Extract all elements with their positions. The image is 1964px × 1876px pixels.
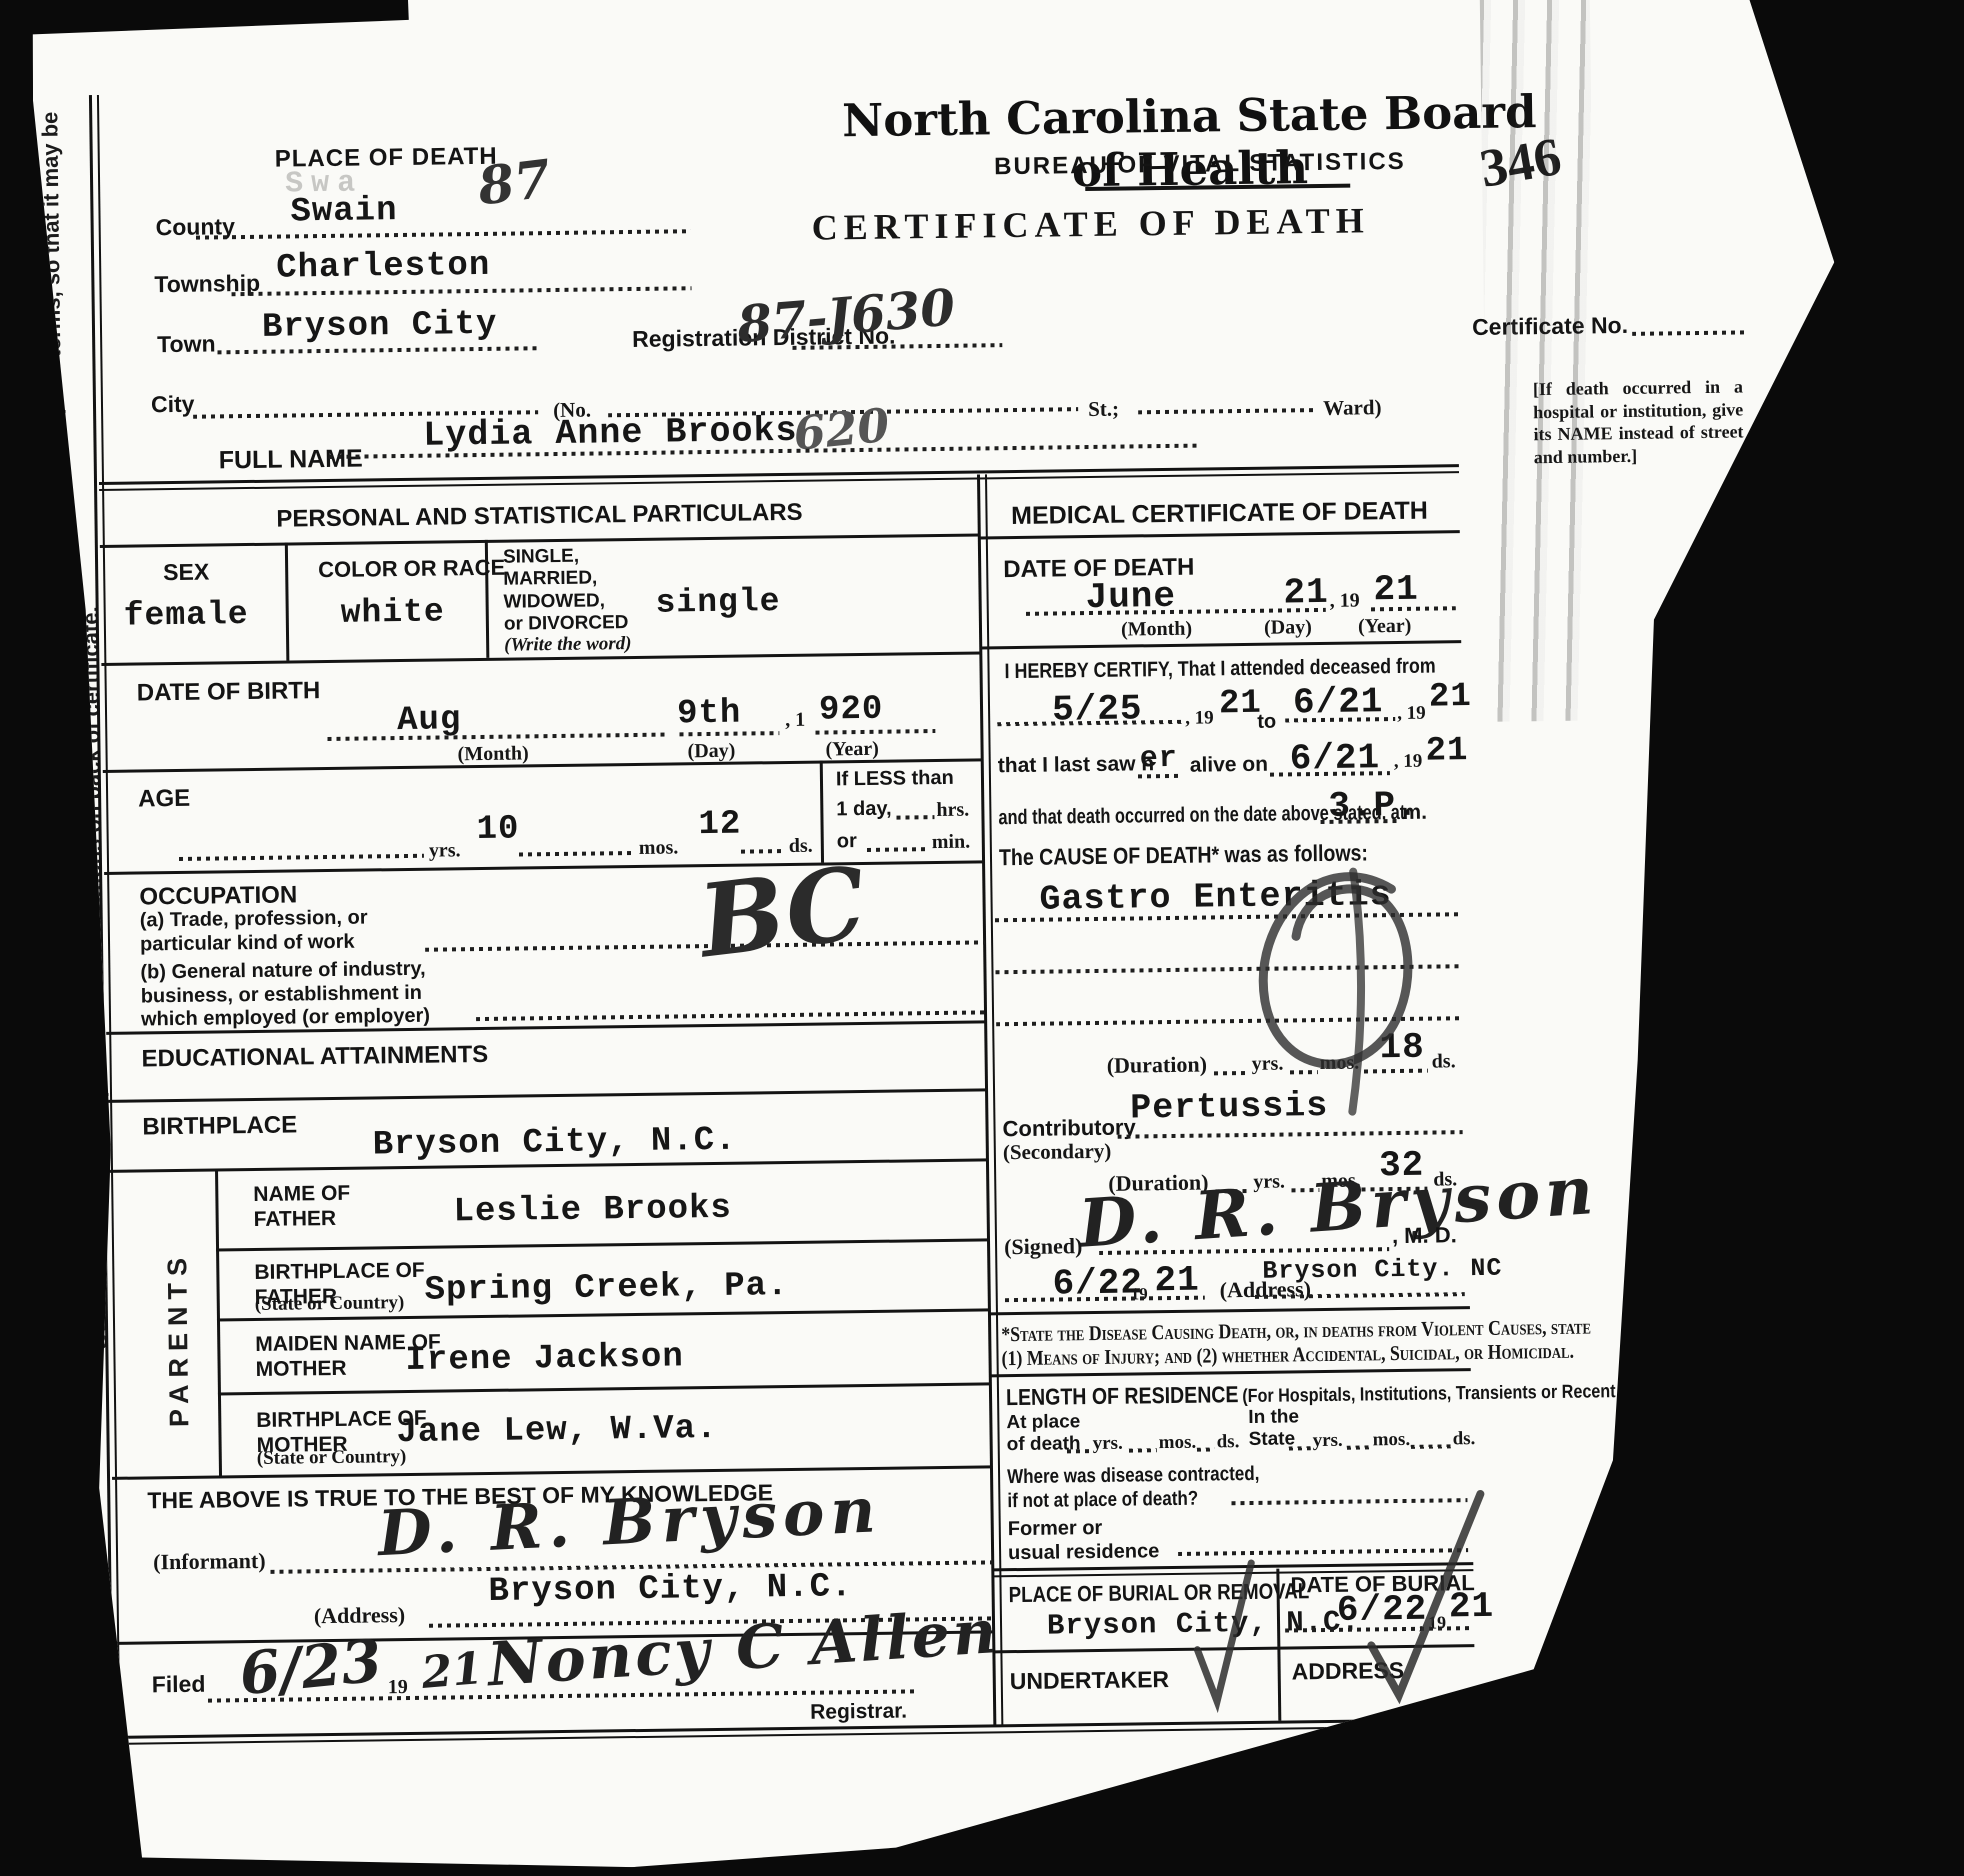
informant-address-value: Bryson City, N.C. (488, 1568, 852, 1611)
ward-fill-line (1138, 408, 1313, 414)
dob-label: DATE OF BIRTH (137, 677, 321, 707)
signed-label: (Signed) (1004, 1233, 1083, 1260)
burial-place-label: PLACE OF BURIAL OR REMOVAL (1008, 1578, 1309, 1608)
dob-month-caption: (Month) (457, 742, 528, 766)
cause-duration-yrs-label: yrs. (1252, 1053, 1284, 1076)
dob-day-value: 9th (677, 695, 742, 734)
in-state-label: In the State (1248, 1406, 1299, 1451)
county-value: Swain (290, 192, 398, 231)
bureau-subtitle: BUREAU OF VITAL STATISTICS (990, 148, 1410, 181)
father-birthplace-value: Spring Creek, Pa. (424, 1267, 788, 1310)
informant-address-label: (Address) (314, 1602, 406, 1629)
marital-label: SINGLE, MARRIED, WIDOWED, or DIVORCED (503, 545, 629, 636)
informant-label: (Informant) (153, 1548, 266, 1575)
md-label: , M. D. (1392, 1222, 1457, 1249)
street-st-label: St.; (1088, 397, 1119, 422)
marital-value: single (655, 583, 780, 622)
cause-duration-mos-label: mos. (1320, 1052, 1360, 1076)
res-mos-1: mos. (1159, 1432, 1197, 1454)
dod-month-caption: (Month) (1121, 618, 1192, 642)
contracted-label: Where was disease contracted, if not at … (1007, 1463, 1260, 1513)
registrar-label: Registrar. (810, 1700, 907, 1725)
form-left-border (89, 95, 121, 1739)
certify-text: I HEREBY CERTIFY, That I attended deceas… (1004, 654, 1435, 684)
occupation-b-line (476, 1010, 986, 1021)
age-hrs-line (896, 815, 934, 819)
res-line-1 (1067, 1449, 1091, 1453)
county-number-handwritten: 87 (475, 148, 554, 217)
org-title: North Carolina State Board of Health (829, 85, 1550, 200)
age-hrs-label: hrs. (936, 799, 969, 822)
race-label: COLOR OR RACE (318, 555, 505, 583)
last-saw-fill: er (1140, 742, 1178, 776)
cause-duration-ds-line (1364, 1069, 1428, 1074)
town-fill-line (217, 346, 537, 354)
attended-from-year: 21 (1219, 685, 1262, 724)
township-value: Charleston (276, 247, 491, 288)
cause-label: The CAUSE OF DEATH* was as follows: (999, 839, 1368, 871)
certificate-scan-paper: CAUSE OF DEATH in plain terms, so that i… (0, 0, 1964, 1876)
age-yrs-label: yrs. (429, 839, 461, 862)
ward-label: Ward) (1323, 395, 1382, 421)
former-residence-line (1178, 1548, 1468, 1556)
cause-duration-yrs-line (1214, 1071, 1250, 1075)
sex-label: SEX (163, 559, 209, 587)
cause-duration-mos-line (1290, 1070, 1318, 1074)
res-line-5 (1347, 1445, 1371, 1449)
city-label: City (151, 391, 195, 419)
burial-place-value: Bryson City, N.C. (1047, 1606, 1360, 1643)
dod-bottom-rule (981, 640, 1461, 649)
full-name-label: FULL NAME (219, 445, 363, 476)
occupation-a-label: (a) Trade, profession, or particular kin… (140, 906, 368, 956)
father-name-label: NAME OF FATHER (253, 1180, 404, 1232)
dod-day-caption: (Day) (1264, 616, 1312, 640)
certificate-title: CERTIFICATE OF DEATH (800, 199, 1381, 249)
residence-label: LENGTH OF RESIDENCE (1006, 1381, 1239, 1410)
education-label: EDUCATIONAL ATTAINMENTS (141, 1041, 488, 1074)
physician-signature: D. R. Bryson (1077, 1151, 1601, 1263)
signed-year-prefix: 19 (1131, 1284, 1148, 1304)
dob-day-caption: (Day) (687, 740, 735, 764)
contributory-line (1118, 1130, 1463, 1139)
certificate-no-fill-line (1632, 330, 1747, 336)
res-ds-1: ds. (1217, 1431, 1240, 1453)
father-birthplace-note: (State or Country) (255, 1292, 405, 1316)
mother-birthplace-value: Jane Lew, W.Va. (396, 1410, 718, 1452)
occupation-handwritten-mark: BC (693, 844, 872, 981)
occupation-b-label: (b) General nature of industry, business… (140, 958, 430, 1033)
filed-year-handwritten: 21 (420, 1643, 485, 1699)
res-line-3 (1197, 1447, 1215, 1451)
dob-year-caption: (Year) (825, 738, 879, 762)
attended-to-value: 6/21 (1293, 681, 1384, 723)
burial-year-value: 21 (1449, 1586, 1495, 1628)
cause-duration-ds-value: 18 (1379, 1027, 1425, 1069)
res-yrs-2: yrs. (1313, 1430, 1343, 1452)
cause-line-2 (995, 964, 1460, 974)
marital-note: (Write the word) (504, 633, 632, 657)
last-saw-year-prefix: , 19 (1394, 751, 1423, 773)
cause-line-3 (996, 1016, 1461, 1026)
registrar-signature: Noncy C Allen (486, 1597, 1002, 1700)
dob-year-prefix: , 1 (785, 709, 805, 732)
res-mos-2: mos. (1373, 1429, 1411, 1451)
mother-name-rule (218, 1382, 991, 1395)
dob-day-line (679, 731, 779, 736)
secondary-label: (Secondary) (1003, 1139, 1112, 1165)
race-value: white (341, 593, 446, 631)
column-divider (977, 474, 1003, 1726)
burial-date-value: 6/22 (1337, 1589, 1428, 1631)
residence-note: (For Hospitals, Institutions, Transients… (1242, 1380, 1703, 1407)
last-saw-fill-line (1138, 774, 1180, 779)
undertaker-address-label: ADDRESS (1292, 1657, 1405, 1685)
dob-year-value: 920 (819, 691, 884, 730)
age-yrs-line (179, 854, 424, 861)
medical-title-rule (980, 530, 1460, 539)
attended-to-year: 21 (1429, 678, 1472, 717)
sex-value: female (124, 596, 249, 635)
cause-duration-label: (Duration) (1107, 1052, 1208, 1079)
last-saw-prefix: that I last saw h (998, 752, 1155, 778)
age-label: AGE (138, 785, 190, 814)
attended-from-year-prefix: , 19 (1185, 707, 1214, 729)
signed-address-value: Bryson City. NC (1262, 1254, 1502, 1286)
last-saw-date: 6/21 (1289, 737, 1380, 779)
last-saw-year: 21 (1425, 732, 1468, 771)
dod-year-line (1371, 606, 1456, 611)
dod-year-prefix: , 19 (1330, 589, 1360, 612)
res-yrs-1: yrs. (1093, 1433, 1123, 1455)
age-less-note-1: If LESS than (836, 767, 954, 792)
age-mos-label: mos. (639, 836, 679, 860)
alive-on-label: alive on (1190, 753, 1269, 778)
age-min-line (867, 847, 929, 852)
sex-race-divider (285, 543, 290, 661)
attended-to-year-prefix: , 19 (1397, 703, 1426, 725)
father-name-rule (216, 1238, 989, 1251)
undertaker-divider (1277, 1647, 1281, 1721)
birthplace-value: Bryson City, N.C. (372, 1122, 736, 1165)
dod-year-caption: (Year) (1358, 615, 1412, 639)
res-ds-2: ds. (1453, 1428, 1476, 1450)
contributory-value: Pertussis (1130, 1086, 1329, 1129)
age-ds-value: 12 (698, 806, 741, 845)
res-line-4 (1289, 1446, 1311, 1450)
res-line-2 (1129, 1448, 1157, 1452)
margin-instruction-cause: CAUSE OF DEATH in plain terms, so that i… (37, 110, 70, 640)
county-fill-line (196, 229, 691, 239)
age-mos-value: 10 (476, 811, 519, 850)
education-bottom-rule (107, 1088, 987, 1103)
dod-year-value: 21 (1373, 569, 1419, 611)
dob-year-line (815, 729, 935, 735)
residence-title-row: LENGTH OF RESIDENCE (For Hospitals, Inst… (1006, 1375, 1703, 1411)
dob-month-line (327, 733, 667, 741)
res-line-6 (1411, 1444, 1451, 1449)
contributory-label: Contributory (1002, 1114, 1136, 1142)
attended-to-label: to (1257, 711, 1276, 734)
father-name-value: Leslie Brooks (453, 1190, 732, 1232)
birthplace-label: BIRTHPLACE (142, 1111, 297, 1141)
dob-month-value: Aug (397, 701, 462, 740)
undertaker-label: UNDERTAKER (1010, 1666, 1170, 1695)
medical-section-title: MEDICAL CERTIFICATE OF DEATH (979, 496, 1459, 531)
parents-label: PARENTS (162, 1237, 195, 1427)
town-label: Town (157, 330, 216, 358)
age-mos-line (519, 851, 634, 857)
scan-edge-shadow (1480, 0, 1600, 722)
filed-label: Filed (152, 1671, 206, 1699)
age-less-note-2: 1 day, (836, 798, 892, 822)
burial-bottom-rule (994, 1644, 1474, 1653)
death-time-m-label: m. (1402, 801, 1427, 825)
bottom-border-rule (115, 1718, 1475, 1745)
parents-inner-border (215, 1168, 222, 1475)
personal-section-title: PERSONAL AND STATISTICAL PARTICULARS (99, 496, 979, 536)
contracted-line (1231, 1498, 1467, 1505)
town-value: Bryson City (262, 306, 498, 347)
former-residence-label: Former or usual residence (1008, 1516, 1160, 1565)
reg-district-value-handwritten: 87-J630 (735, 277, 957, 354)
mother-name-value: Irene Jackson (405, 1338, 684, 1380)
age-min-label: min. (932, 831, 971, 854)
township-fill-line (232, 286, 692, 296)
mother-birthplace-note: (State or Country) (257, 1446, 407, 1470)
cause-duration-ds-label: ds. (1432, 1050, 1456, 1073)
signed-bottom-rule (990, 1306, 1470, 1315)
